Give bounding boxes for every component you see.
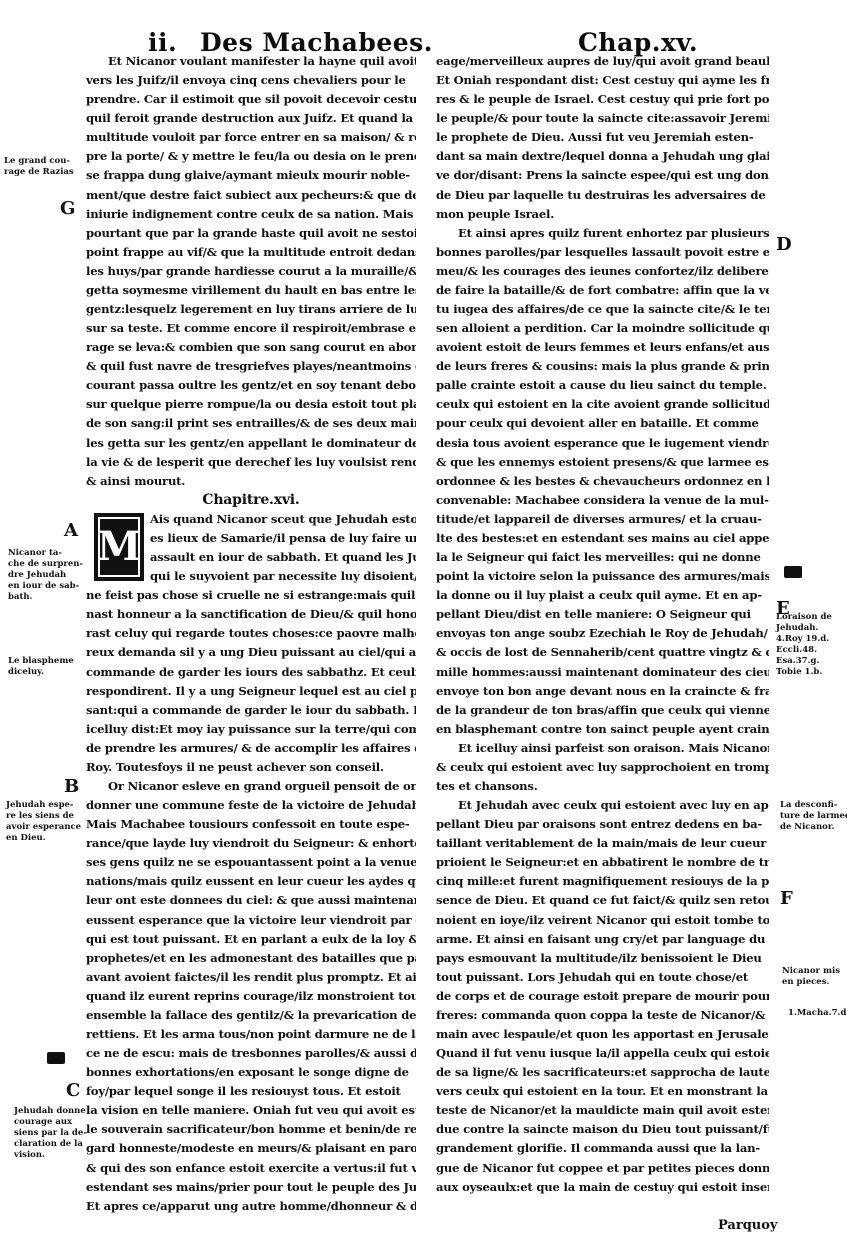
text-line: rast celuy qui regarde toutes choses:ce …: [86, 624, 416, 643]
text-line: de faire la bataille/& de fort combatre:…: [436, 281, 769, 300]
text-line: eage/merveilleux aupres de luy/qui avoit…: [436, 52, 769, 71]
text-line: foy/par lequel songe il les resiouyst to…: [86, 1082, 416, 1101]
text-line: & occis de lost de Sennaherib/cent quatt…: [436, 643, 769, 662]
text-line: & quil fust navre de tresgriefves playes…: [86, 357, 416, 376]
text-line: reux demanda sil y a ung Dieu puissant a…: [86, 643, 416, 662]
text-line: la donne ou il luy plaist a ceulx quil a…: [436, 586, 769, 605]
text-line: getta soymesme virillement du hault en b…: [86, 281, 416, 300]
text-line: se frappa dung glaive/aymant mieulx mour…: [86, 166, 416, 185]
text-line: pellant Dieu par oraisons sont entrez de…: [436, 815, 769, 834]
text-line: envoyas ton ange soubz Ezechiah le Roy d…: [436, 624, 769, 643]
text-line: leur ont este donnees du ciel: & que aus…: [86, 891, 416, 910]
margin-section-letter: A: [64, 520, 78, 541]
text-line: gentz:lesquelz legerement en luy tirans …: [86, 300, 416, 319]
text-line: la vision en telle maniere. Oniah fut ve…: [86, 1101, 416, 1120]
text-line: Ais quand Nicanor sceut que Jehudah esto…: [150, 510, 416, 529]
text-line: quil feroit grande destruction aux Juifz…: [86, 109, 416, 128]
text-line: envoye ton bon ange devant nous en la cr…: [436, 682, 769, 701]
text-line: grandement glorifie. Il commanda aussi q…: [436, 1139, 769, 1158]
margin-note: Nicanor ta- che de surpren- dre Jehudah …: [8, 548, 83, 603]
text-line: iniurie indignement contre ceulx de sa n…: [86, 205, 416, 224]
text-line: avoient estoit de leurs femmes et leurs …: [436, 338, 769, 357]
text-line: icelluy dist:Et moy iay puissance sur la…: [86, 720, 416, 739]
text-line: tes et chansons.: [436, 777, 769, 796]
text-line: sence de Dieu. Et quand ce fut faict/& q…: [436, 891, 769, 910]
text-line: donner une commune feste de la victoire …: [86, 796, 416, 815]
text-line: le peuple/& pour toute la saincte cite:a…: [436, 109, 769, 128]
text-line: main avec lespaule/et quon les apportast…: [436, 1025, 769, 1044]
text-line: bonnes parolles/par lesquelles lassault …: [436, 243, 769, 262]
text-line: respondirent. Il y a ung Seigneur lequel…: [86, 682, 416, 701]
text-line: pellant Dieu/dist en telle maniere: O Se…: [436, 605, 769, 624]
text-line: Et ainsi apres quilz furent enhortez par…: [436, 224, 769, 243]
text-line: les getta sur les gentz/en appellant le …: [86, 434, 416, 453]
margin-note: Le blaspheme diceluy.: [8, 656, 74, 678]
text-line: prioient le Seigneur:et en abbatirent le…: [436, 853, 769, 872]
text-line: vers les Juifz/il envoya cinq cens cheva…: [86, 71, 416, 90]
text-line: mille hommes:aussi maintenant dominateur…: [436, 663, 769, 682]
text-line: estendant ses mains/prier pour tout le p…: [86, 1178, 416, 1197]
text-line: qui le suyvoient par necessite luy disoi…: [150, 567, 416, 586]
text-line: Et Oniah respondant dist: Cest cestuy qu…: [436, 71, 769, 90]
text-line: mon peuple Israel.: [436, 205, 769, 224]
text-line: quand ilz eurent reprins courage/ilz mon…: [86, 987, 416, 1006]
text-line: pays esmouvant la multitude/ilz benissoi…: [436, 949, 769, 968]
text-line: de corps et de courage estoit prepare de…: [436, 987, 769, 1006]
text-line: Roy. Toutesfoys il ne peust achever son …: [86, 758, 416, 777]
text-line: tu iugea des affaires/de ce que la sainc…: [436, 300, 769, 319]
right-column: eage/merveilleux aupres de luy/qui avoit…: [436, 52, 769, 1197]
text-line: Mais Machabee tousiours confessoit en to…: [86, 815, 416, 834]
text-line: rage se leva:& combien que son sang cour…: [86, 338, 416, 357]
text-line: de Dieu par laquelle tu destruiras les a…: [436, 186, 769, 205]
text-line: de prendre les armures/ & de accomplir l…: [86, 739, 416, 758]
text-line: la vie & de lesperit que derechef les lu…: [86, 453, 416, 472]
text-line: pourtant que par la grande haste quil av…: [86, 224, 416, 243]
text-line: pour ceulx qui devoient aller en bataill…: [436, 414, 769, 433]
text-line: desia tous avoient esperance que le iuge…: [436, 434, 769, 453]
chapter-heading: Chapitre.xvi.: [86, 491, 416, 510]
margin-note: Le grand cou- rage de Razias: [4, 156, 74, 178]
text-line: tout puissant. Lors Jehudah qui en toute…: [436, 968, 769, 987]
text-line: noient en ioye/ilz veirent Nicanor qui e…: [436, 911, 769, 930]
text-line: sur quelque pierre rompue/la ou desia es…: [86, 395, 416, 414]
text-line: de leurs freres & cousins: mais la plus …: [436, 357, 769, 376]
text-line: la le Seigneur qui faict les merveilles:…: [436, 548, 769, 567]
text-line: sen alloient a perdition. Car la moindre…: [436, 319, 769, 338]
text-line: arme. Et ainsi en faisant ung cry/et par…: [436, 930, 769, 949]
text-line: nast honneur a la sanctification de Dieu…: [86, 605, 416, 624]
text-line: Et apres ce/apparut ung autre homme/dhon…: [86, 1197, 416, 1216]
text-line: ses gens quilz ne se espouantassent poin…: [86, 853, 416, 872]
text-line: cinq mille:et furent magnifiquement resi…: [436, 872, 769, 891]
text-line: ment/que destre faict subiect aux pecheu…: [86, 186, 416, 205]
text-line: Et Nicanor voulant manifester la hayne q…: [86, 52, 416, 71]
pointing-hand-icon: [47, 1052, 65, 1064]
text-line: Et Jehudah avec ceulx qui estoient avec …: [436, 796, 769, 815]
book-page: ii. Des Machabees. Chap.xv. Et Nicanor v…: [0, 0, 847, 1256]
text-line: de son sang:il print ses entrailles/& de…: [86, 414, 416, 433]
pointing-hand-icon: [784, 566, 802, 578]
text-line: Quand il fut venu iusque la/il appella c…: [436, 1044, 769, 1063]
margin-section-letter: F: [780, 888, 793, 909]
text-line: vers ceulx qui estoient en la tour. Et e…: [436, 1082, 769, 1101]
text-line: rance/que layde luy viendroit du Seigneu…: [86, 834, 416, 853]
text-line: palle crainte estoit a cause du lieu sai…: [436, 376, 769, 395]
text-line: en blasphemant contre ton sainct peuple …: [436, 720, 769, 739]
text-line: de la grandeur de ton bras/affin que ceu…: [436, 701, 769, 720]
text-line: prendre. Car il estimoit que sil povoit …: [86, 90, 416, 109]
text-line: ne feist pas chose si cruelle ne si estr…: [86, 586, 416, 605]
margin-note: 1.Macha.7.d.: [788, 1008, 847, 1019]
decorated-initial: M: [94, 513, 144, 581]
text-line: qui est tout puissant. Et en parlant a e…: [86, 930, 416, 949]
margin-note: Jehudah espe- re les siens de avoir espe…: [6, 800, 81, 844]
text-line: rettiens. Et les arma tous/non point dar…: [86, 1025, 416, 1044]
text-line: avant avoient faictes/il les rendit plus…: [86, 968, 416, 987]
text-line: ce ne de escu: mais de tresbonnes paroll…: [86, 1044, 416, 1063]
text-line: & ainsi mourut.: [86, 472, 416, 491]
text-line: lte des bestes:et en estendant ses mains…: [436, 529, 769, 548]
text-line: es lieux de Samarie/il pensa de luy fair…: [150, 529, 416, 548]
text-line: ceulx qui estoient en la cite avoient gr…: [436, 395, 769, 414]
text-line: gue de Nicanor fut coppee et par petites…: [436, 1159, 769, 1178]
left-column: Et Nicanor voulant manifester la hayne q…: [86, 52, 416, 1216]
text-line: aux oyseaulx:et que la main de cestuy qu…: [436, 1178, 769, 1197]
text-line: dant sa main dextre/lequel donna a Jehud…: [436, 147, 769, 166]
text-line: & que les ennemys estoient presens/& que…: [436, 453, 769, 472]
text-line: de sa ligne/& les sacrificateurs:et sapp…: [436, 1063, 769, 1082]
text-line: nations/mais quilz eussent en leur cueur…: [86, 872, 416, 891]
text-line: & qui des son enfance estoit exercite a …: [86, 1159, 416, 1178]
text-line: commande de garder les iours des sabbath…: [86, 663, 416, 682]
margin-note: Jehudah donne courage aux siens par la d…: [14, 1106, 87, 1161]
text-line: taillant veritablement de la main/mais d…: [436, 834, 769, 853]
text-line: gard honneste/modeste en meurs/& plaisan…: [86, 1139, 416, 1158]
text-line: sant:qui a commande de garder le iour du…: [86, 701, 416, 720]
text-line: & ceulx qui estoient avec luy sapprochoi…: [436, 758, 769, 777]
margin-section-letter: D: [776, 234, 792, 255]
text-line: bonnes exhortations/en exposant le songe…: [86, 1063, 416, 1082]
initial-letter: M: [98, 517, 140, 577]
text-line: les huys/par grande hardiesse courut a l…: [86, 262, 416, 281]
text-line: teste de Nicanor/et la mauldicte main qu…: [436, 1101, 769, 1120]
catchword: Parquoy: [718, 1218, 777, 1233]
margin-section-letter: G: [60, 198, 75, 219]
margin-note: Nicanor mis en pieces.: [782, 966, 840, 988]
text-line: pre la porte/ & y mettre le feu/la ou de…: [86, 147, 416, 166]
text-line: point la victoire selon la puissance des…: [436, 567, 769, 586]
text-line: ordonnee & les bestes & chevaucheurs ord…: [436, 472, 769, 491]
text-line: eussent esperance que la victoire leur v…: [86, 911, 416, 930]
text-line: point frappe au vif/& que la multitude e…: [86, 243, 416, 262]
text-line: prophetes/et en les admonestant des bata…: [86, 949, 416, 968]
margin-note: Loraison de Jehudah. 4.Roy 19.d. Eccli.4…: [776, 612, 832, 678]
text-line: Or Nicanor esleve en grand orgueil penso…: [86, 777, 416, 796]
text-line: due contre la saincte maison du Dieu tou…: [436, 1120, 769, 1139]
text-line: le souverain sacrificateur/bon homme et …: [86, 1120, 416, 1139]
text-line: ve dor/disant: Prens la saincte espee/qu…: [436, 166, 769, 185]
text-line: titude/et lappareil de diverses armures/…: [436, 510, 769, 529]
text-line: ensemble la fallace des gentilz/& la pre…: [86, 1006, 416, 1025]
text-line: le prophete de Dieu. Aussi fut veu Jerem…: [436, 128, 769, 147]
text-line: res & le peuple de Israel. Cest cestuy q…: [436, 90, 769, 109]
text-line: freres: commanda quon coppa la teste de …: [436, 1006, 769, 1025]
text-line: meu/& les courages des ieunes confortez/…: [436, 262, 769, 281]
text-line: assault en iour de sabbath. Et quand les…: [150, 548, 416, 567]
text-line: multitude vouloit par force entrer en sa…: [86, 128, 416, 147]
margin-section-letter: B: [64, 776, 79, 797]
text-line: courant passa oultre les gentz/et en soy…: [86, 376, 416, 395]
text-line: sur sa teste. Et comme encore il respiro…: [86, 319, 416, 338]
margin-note: La desconfi- ture de larmee de Nicanor.: [780, 800, 847, 833]
text-line: convenable: Machabee considera la venue …: [436, 491, 769, 510]
margin-section-letter: C: [66, 1080, 80, 1101]
text-line: Et icelluy ainsi parfeist son oraison. M…: [436, 739, 769, 758]
